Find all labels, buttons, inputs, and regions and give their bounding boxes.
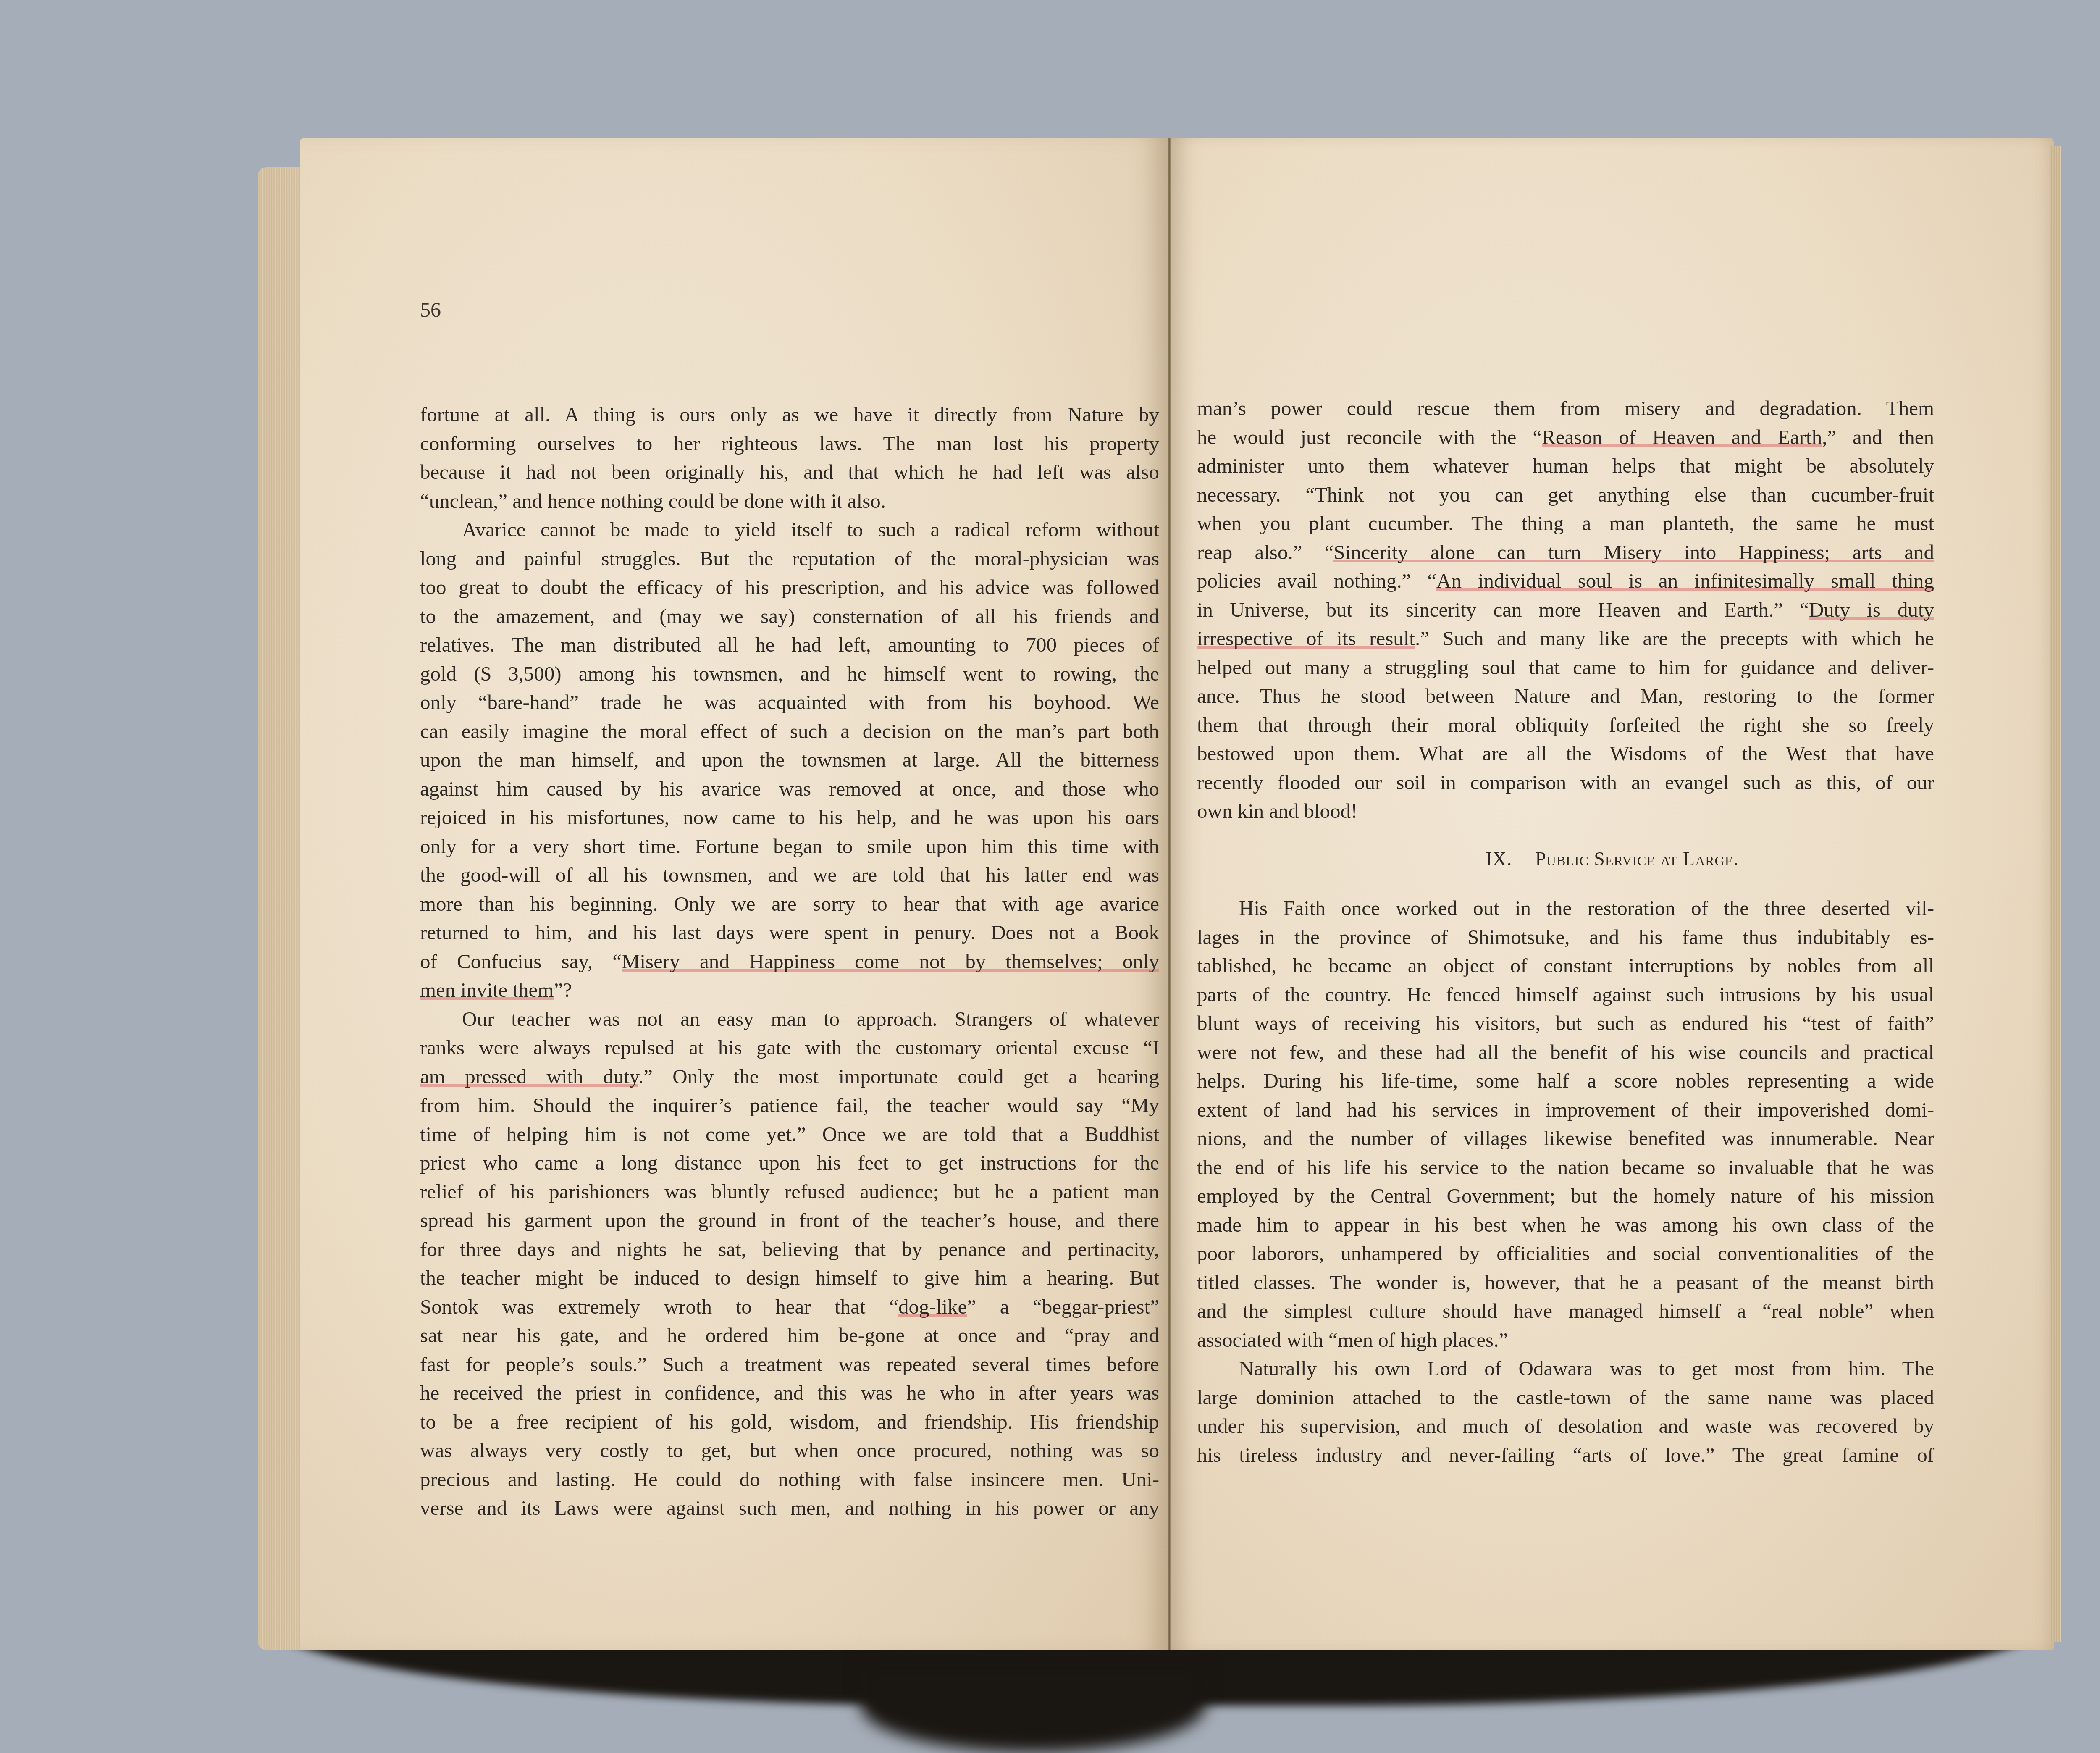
text-line: associated with “men of high places.” xyxy=(1197,1326,1934,1355)
text-line: am pressed with duty.” Only the most imp… xyxy=(420,1062,1159,1091)
highlight-underline: am pressed with duty xyxy=(420,1065,638,1088)
section-title: Public Service at Large. xyxy=(1535,848,1738,870)
text-line: fortune at all. A thing is ours only as … xyxy=(420,400,1159,429)
right-page-text-bottom: His Faith once worked out in the restora… xyxy=(1197,894,1934,1469)
text-line: under his supervision, and much of desol… xyxy=(1197,1412,1934,1441)
text-line: titled classes. The wonder is, however, … xyxy=(1197,1268,1934,1297)
text-line: reap also.” “Sincerity alone can turn Mi… xyxy=(1197,538,1934,567)
text-line: Avarice cannot be made to yield itself t… xyxy=(420,515,1159,544)
left-page-edges xyxy=(258,167,304,1650)
text-line: helps. During his life-time, some half a… xyxy=(1197,1067,1934,1096)
text-line: for three days and nights he sat, believ… xyxy=(420,1235,1159,1264)
text-line: when you plant cucumber. The thing a man… xyxy=(1197,509,1934,538)
section-number: IX. xyxy=(1486,848,1512,870)
open-book: 56 fortune at all. A thing is ours only … xyxy=(258,138,2054,1650)
text-line: precious and lasting. He could do nothin… xyxy=(420,1465,1159,1494)
text-line: necessary. “Think not you can get anythi… xyxy=(1197,481,1934,510)
text-line: the good-will of all his townsmen, and w… xyxy=(420,861,1159,890)
highlight-underline: Duty is duty xyxy=(1809,598,1934,621)
text-line: were not few, and these had all the bene… xyxy=(1197,1038,1934,1067)
left-page-text: fortune at all. A thing is ours only as … xyxy=(420,400,1159,1523)
right-page-text-top: man’s power could rescue them from miser… xyxy=(1197,394,1934,826)
text-line: rejoiced in his misfortunes, now came to… xyxy=(420,803,1159,832)
text-line: employed by the Central Government; but … xyxy=(1197,1182,1934,1211)
text-line: more than his beginning. Only we are sor… xyxy=(420,890,1159,919)
page-number-left: 56 xyxy=(420,297,441,322)
text-line: relief of his parishioners was bluntly r… xyxy=(420,1177,1159,1206)
text-line: and the simplest culture should have man… xyxy=(1197,1297,1934,1326)
text-line: in Universe, but its sincerity can more … xyxy=(1197,596,1934,625)
highlight-underline: dog-like xyxy=(898,1295,967,1318)
text-line: ranks were always repulsed at his gate w… xyxy=(420,1033,1159,1062)
text-line: long and painful struggles. But the repu… xyxy=(420,544,1159,573)
text-line: upon the man himself, and upon the towns… xyxy=(420,746,1159,775)
text-line: fast for people’s souls.” Such a treatme… xyxy=(420,1350,1159,1379)
text-line: conforming ourselves to her righteous la… xyxy=(420,429,1159,458)
text-line: of Confucius say, “Misery and Happiness … xyxy=(420,947,1159,976)
text-line: he would just reconcile with the “Reason… xyxy=(1197,423,1934,452)
text-line: tablished, he became an object of consta… xyxy=(1197,951,1934,980)
text-line: poor laborors, unhampered by officialiti… xyxy=(1197,1239,1934,1268)
spine-shadow xyxy=(861,1659,1205,1752)
text-line: blunt ways of receiving his visitors, bu… xyxy=(1197,1009,1934,1038)
text-line: only for a very short time. Fortune bega… xyxy=(420,832,1159,861)
text-line: made him to appear in his best when he w… xyxy=(1197,1211,1934,1240)
text-line: “unclean,” and hence nothing could be do… xyxy=(420,487,1159,516)
text-line: His Faith once worked out in the restora… xyxy=(1197,894,1934,923)
text-line: ance. Thus he stood between Nature and M… xyxy=(1197,682,1934,711)
right-page: 57 man’s power could rescue them from mi… xyxy=(1171,138,2054,1650)
text-line: only “bare-hand” trade he was acquainted… xyxy=(420,688,1159,717)
text-line: men invite them”? xyxy=(420,976,1159,1005)
section-heading: IX.Public Service at Large. xyxy=(1171,848,2054,870)
text-line: the teacher might be induced to design h… xyxy=(420,1264,1159,1293)
right-page-edges xyxy=(2050,146,2061,1642)
text-line: to be a free recipient of his gold, wisd… xyxy=(420,1408,1159,1437)
text-line: irrespective of its result.” Such and ma… xyxy=(1197,624,1934,653)
left-page: 56 fortune at all. A thing is ours only … xyxy=(300,138,1169,1650)
text-line: too great to doubt the efficacy of his p… xyxy=(420,573,1159,602)
text-line: to the amazement, and (may we say) const… xyxy=(420,602,1159,631)
text-line: lages in the province of Shimotsuke, and… xyxy=(1197,923,1934,952)
text-line: returned to him, and his last days were … xyxy=(420,918,1159,947)
text-line: large dominion attached to the castle-to… xyxy=(1197,1383,1934,1412)
text-line: was always very costly to get, but when … xyxy=(420,1436,1159,1465)
text-line: extent of land had his services in impro… xyxy=(1197,1096,1934,1125)
text-line: relatives. The man distributed all he ha… xyxy=(420,631,1159,660)
text-line: spread his garment upon the ground in fr… xyxy=(420,1206,1159,1235)
text-line: recently flooded our soil in comparison … xyxy=(1197,768,1934,797)
text-line: against him caused by his avarice was re… xyxy=(420,775,1159,804)
text-line: nions, and the number of villages likewi… xyxy=(1197,1124,1934,1153)
text-line: parts of the country. He fenced himself … xyxy=(1197,980,1934,1009)
text-line: verse and its Laws were against such men… xyxy=(420,1494,1159,1523)
text-line: Our teacher was not an easy man to appro… xyxy=(420,1005,1159,1034)
text-line: bestowed upon them. What are all the Wis… xyxy=(1197,739,1934,768)
text-line: them that through their moral obliquity … xyxy=(1197,711,1934,740)
highlight-underline: Sincerity alone can turn Misery into Hap… xyxy=(1333,541,1934,564)
text-line: time of helping him is not come yet.” On… xyxy=(420,1120,1159,1149)
text-line: because it had not been originally his, … xyxy=(420,458,1159,487)
highlight-underline: Misery and Happiness come not by themsel… xyxy=(622,950,1159,973)
highlight-underline: An individual soul is an infinitesimally… xyxy=(1436,569,1934,592)
text-line: man’s power could rescue them from miser… xyxy=(1197,394,1934,423)
text-line: Naturally his own Lord of Odawara was to… xyxy=(1197,1354,1934,1383)
text-line: he received the priest in confidence, an… xyxy=(420,1379,1159,1408)
text-line: can easily imagine the moral effect of s… xyxy=(420,717,1159,746)
text-line: gold ($ 3,500) among his townsmen, and h… xyxy=(420,660,1159,689)
highlight-underline: Reason of Heaven and Earth xyxy=(1542,426,1822,449)
text-line: helped out many a struggling soul that c… xyxy=(1197,653,1934,682)
highlight-underline: men invite them xyxy=(420,978,554,1001)
text-line: administer unto them whatever human help… xyxy=(1197,452,1934,481)
text-line: priest who came a long distance upon his… xyxy=(420,1149,1159,1177)
text-line: the end of his life his service to the n… xyxy=(1197,1153,1934,1182)
highlight-underline: irrespective of its result xyxy=(1197,627,1415,650)
text-line: his tireless industry and never-failing … xyxy=(1197,1441,1934,1470)
text-line: policies avail nothing.” “An individual … xyxy=(1197,567,1934,596)
text-line: from him. Should the inquirer’s patience… xyxy=(420,1091,1159,1120)
text-line: Sontok was extremely wroth to hear that … xyxy=(420,1293,1159,1322)
text-line: sat near his gate, and he ordered him be… xyxy=(420,1321,1159,1350)
text-line: own kin and blood! xyxy=(1197,797,1934,826)
